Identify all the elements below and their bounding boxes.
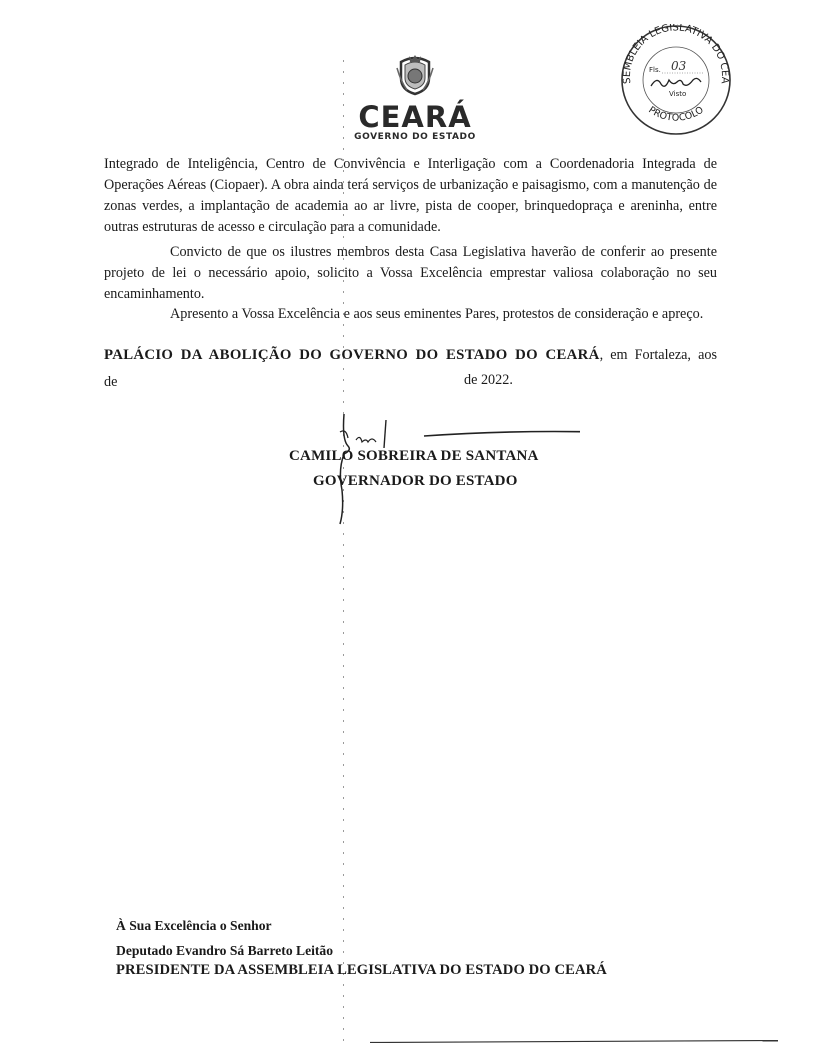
signatory-name: CAMILO SOBREIRA DE SANTANA (289, 448, 539, 465)
scan-edge-line (370, 1040, 778, 1043)
addressee-office: PRESIDENTE DA ASSEMBLEIA LEGISLATIVA DO … (116, 962, 607, 979)
date-prefix: de (104, 374, 117, 391)
stamp-visto-label: Visto (669, 90, 686, 98)
closing-place-bold: PALÁCIO DA ABOLIÇÃO DO GOVERNO DO ESTADO… (104, 347, 600, 363)
body-paragraph-1: Integrado de Inteligência, Centro de Con… (104, 154, 717, 238)
stamp-ring-text-bottom: PROTOCOLO (646, 105, 705, 124)
state-logo: CEARÁ GOVERNO DO ESTADO (330, 52, 500, 142)
protocol-stamp: ASSEMBLEIA LEGISLATIVA DO CEARÁ PROTOCOL… (617, 24, 735, 136)
body-paragraph-3: Apresento a Vossa Excelência e aos seus … (104, 304, 717, 325)
stamp-fls-value: 03 (671, 59, 687, 73)
governor-handwritten-signature (330, 410, 580, 530)
closing-place: PALÁCIO DA ABOLIÇÃO DO GOVERNO DO ESTADO… (104, 344, 717, 366)
government-label: GOVERNO DO ESTADO (330, 132, 500, 142)
coat-of-arms-icon (395, 52, 435, 96)
body-paragraph-2: Convicto de que os ilustres membros dest… (104, 242, 717, 305)
stamp-fls-label: Fls. (649, 66, 661, 74)
signatory-title: GOVERNADOR DO ESTADO (313, 473, 518, 490)
state-name: CEARÁ (330, 103, 500, 131)
addressee-salutation: À Sua Excelência o Senhor (116, 918, 272, 934)
closing-place-rest: , em Fortaleza, aos (600, 347, 717, 363)
addressee-name: Deputado Evandro Sá Barreto Leitão (116, 943, 333, 959)
stamp-handwritten-signature (651, 78, 701, 86)
date-year: de 2022. (464, 372, 513, 389)
stamp-ring-text-top: ASSEMBLEIA LEGISLATIVA DO CEARÁ (617, 24, 730, 84)
